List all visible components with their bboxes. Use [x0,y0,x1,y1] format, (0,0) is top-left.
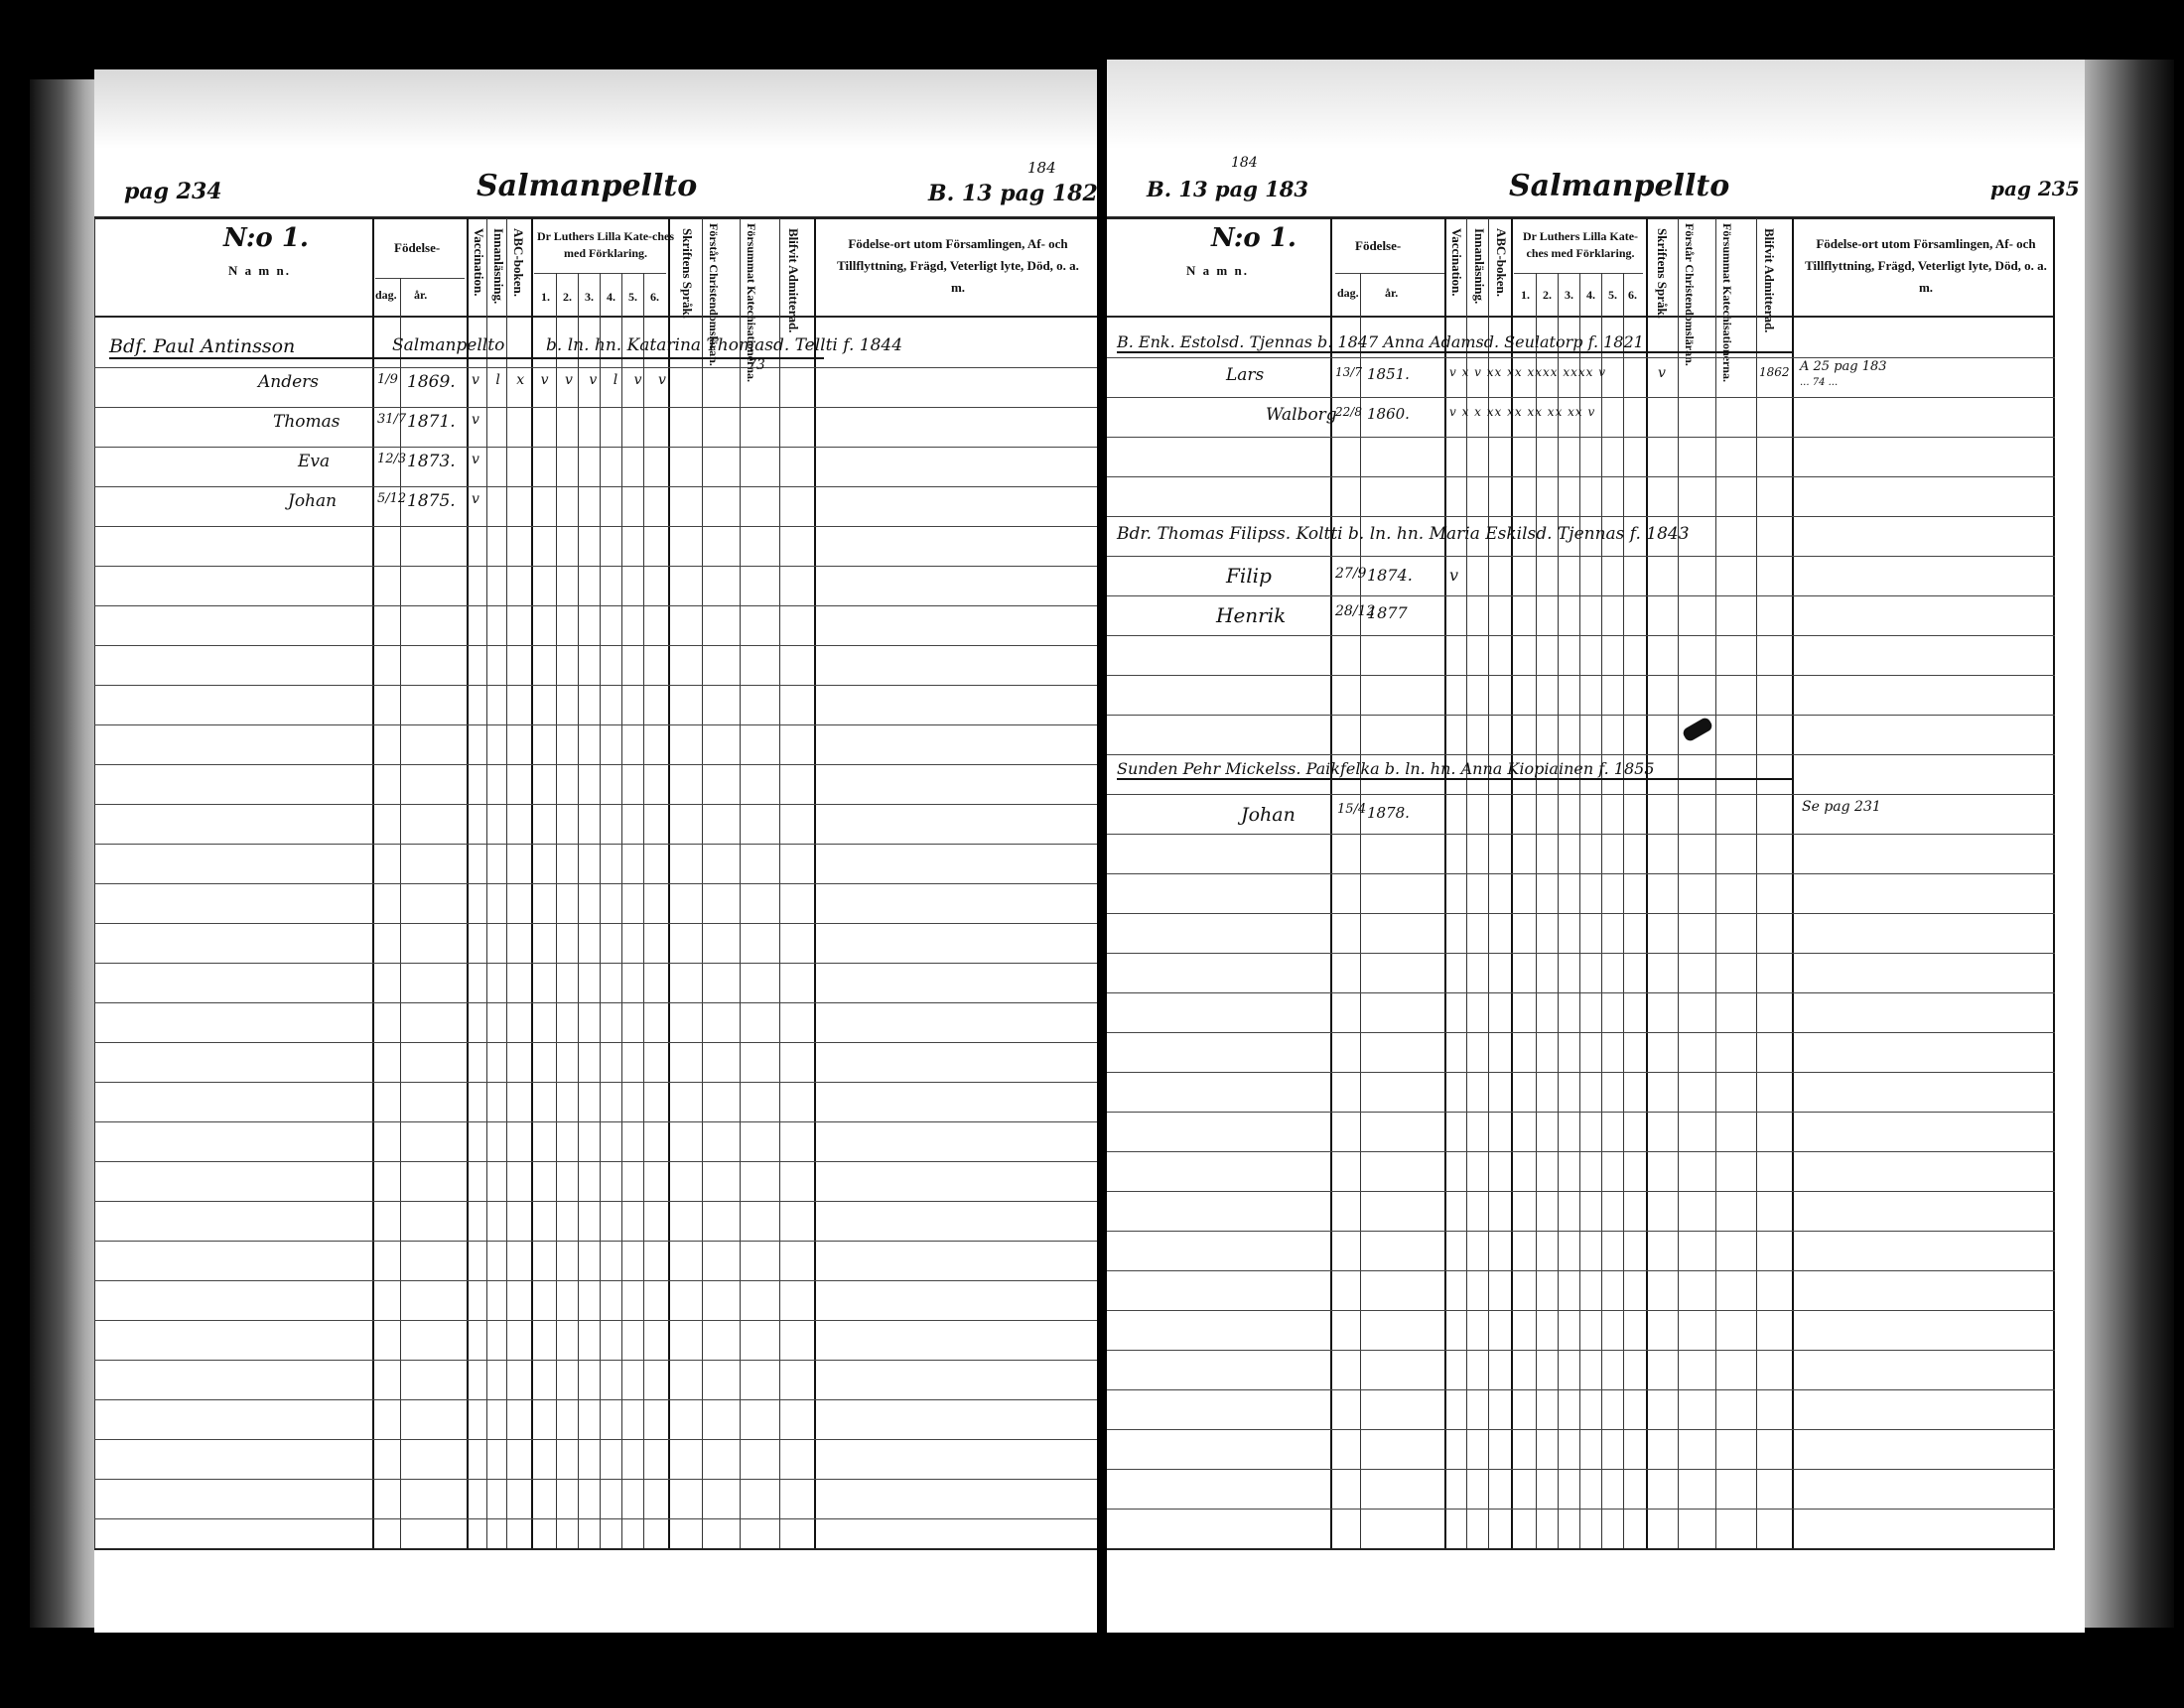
member-year: 1878. [1367,804,1410,822]
birth-day-label: dag. [1337,286,1359,301]
number-label: N:o 1. [1211,223,1297,253]
forsummat-header: Försummat Katechisationerna. [745,223,758,313]
member-year: 1869. [407,372,456,392]
col-line [643,273,644,1548]
col-line [400,278,401,1548]
remarks-header: Födelse-ort utom Församlingen, Af- och T… [829,233,1087,299]
member-marks: v x v xx xx xxxx xxxx v [1449,365,1606,379]
catechism-part-4: 4. [607,290,615,305]
col-line [1536,273,1537,1548]
household-place: Salmanpellto [392,335,504,355]
right-page: B. 13 pag 183 184 Salmanpellto pag 235 N… [1107,60,2085,1633]
catechism-part-2: 2. [563,290,572,305]
member-day: 1/9 [377,372,398,387]
member-day: 13/7 [1335,365,1362,379]
catechism-part-3: 3. [1565,288,1573,303]
member-marks: v [1449,566,1458,585]
member-name: Walborg [1266,405,1337,425]
col-line [556,273,557,1548]
member-name: Eva [298,452,330,471]
member-admit: 1862 [1759,365,1790,379]
col-line [2053,218,2055,1548]
abc-boken-header: ABC-boken. [1494,228,1508,313]
household-spouse: b. ln. hn. Katarina Thomasd. Tellti f. 1… [546,335,902,355]
vaccination-header: Vaccination. [1449,228,1463,313]
forsummat-header: Försummat Katechisationerna. [1720,223,1734,313]
book-gutter [1097,60,1107,1638]
page-ref-right: pag 235 [1990,177,2080,200]
member-year: 1860. [1367,405,1410,423]
col-line [1623,273,1624,1548]
member-day: 27/9 [1335,566,1366,582]
birth-label: Födelse- [1355,238,1401,254]
number-label: N:o 1. [223,223,309,253]
member-name: Henrik [1216,603,1286,627]
col-line [600,273,601,1548]
household-line: Bdr. Thomas Filipss. Koltti b. ln. hn. M… [1117,524,1690,544]
member-name: Johan [288,491,337,511]
member-day: 22/8 [1335,405,1362,419]
col-line [1444,218,1446,1548]
cross-ref-small-right: 184 [1231,155,1258,171]
col-line [1792,218,1794,1548]
member-name: Filip [1226,564,1272,588]
header-bottom-rule [1107,316,2055,318]
member-note: 73 [748,357,765,373]
remarks-header: Födelse-ort utom Församlingen, Af- och T… [1802,233,2050,299]
catechism-part-4: 4. [1586,288,1595,303]
header-top-rule [94,216,1097,219]
catechism-part-3: 3. [585,290,594,305]
col-line [578,273,579,1548]
birth-subrule [375,278,465,279]
cross-ref-small-left: 184 [1027,159,1056,177]
catechism-part-1: 1. [1521,288,1530,303]
admitterad-header: Blifvit Admitterad. [786,228,800,313]
col-line [1579,273,1580,1548]
member-year: 1851. [1367,365,1410,383]
member-marks: v [472,491,479,507]
village-title-right: Salmanpellto [1509,169,1729,203]
member-year: 1871. [407,412,456,432]
member-name: Anders [258,372,319,392]
left-page: pag 234 Salmanpellto 184 B. 13 pag 182 N… [94,69,1102,1633]
member-marks: v [472,452,479,467]
member-day: 12/3 [377,452,406,466]
admitterad-header: Blifvit Admitterad. [1762,228,1776,313]
forstar-header: Förstår Christendomsläran. [707,223,721,313]
col-line [1715,218,1716,1548]
col-line [1756,218,1757,1548]
birth-day-label: dag. [375,288,397,303]
innanlasning-header: Innanläsning. [1472,228,1486,313]
member-marks: v [472,412,479,428]
name-label: N a m n. [1186,263,1249,279]
catechism-part-5: 5. [1608,288,1617,303]
header-bottom-rule [94,316,1097,318]
catechism-part-6: 6. [1628,288,1637,303]
birth-year-label: år. [1385,286,1398,301]
member-mark: v [1658,365,1666,381]
abc-boken-header: ABC-boken. [511,228,525,313]
member-remarks: Se pag 231 [1802,799,1881,815]
member-marks: v l x v v v l v v [472,372,672,388]
header-top-rule [1107,216,2055,219]
member-year: 1875. [407,491,456,511]
catechism-part-6: 6. [650,290,659,305]
catechism-part-2: 2. [1543,288,1552,303]
catechism-part-5: 5. [628,290,637,305]
birth-label: Födelse- [394,240,440,256]
member-year: 1874. [1367,566,1413,585]
member-year: 1873. [407,452,456,471]
member-remarks: A 25 pag 183 [1800,359,1887,374]
village-title-left: Salmanpellto [477,169,697,203]
col-line [1360,273,1361,1548]
innanlasning-header: Innanläsning. [491,228,505,313]
cross-ref-right: B. 13 pag 183 [1147,177,1308,201]
skriftens-sprak-header: Skriftens Språk. [1655,228,1669,313]
col-line [621,273,622,1548]
col-line [1558,273,1559,1548]
household-line: Sunden Pehr Mickelss. Paikfelka b. ln. h… [1117,759,1792,780]
page-ref-left: pag 234 [124,179,222,204]
name-label: N a m n. [228,263,291,279]
member-marks: v x x xx xx xx xx xx v [1449,405,1595,419]
member-day: 15/4 [1337,802,1366,817]
household-line: B. Enk. Estolsd. Tjennas b. 1847 Anna Ad… [1117,332,1792,353]
member-name: Thomas [273,412,341,432]
member-day: 31/7 [377,412,406,427]
vaccination-header: Vaccination. [472,228,485,313]
member-name: Lars [1226,365,1264,385]
birth-year-label: år. [414,288,427,303]
col-line [1678,218,1679,1548]
catechism-header: Dr Luthers Lilla Kate-ches med Förklarin… [1516,228,1645,262]
birth-subrule [1335,273,1444,274]
cross-ref-left: B. 13 pag 182 [928,181,1098,206]
ink-blot [1682,716,1714,742]
col-line [1601,273,1602,1548]
member-year: 1877 [1367,603,1408,622]
forstar-header: Förstår Christendomsläran. [1683,223,1697,313]
member-day: 5/12 [377,491,406,506]
col-line [1646,218,1648,1548]
skriftens-sprak-header: Skriftens Språk. [680,228,694,313]
member-remarks-2: ... 74 ... [1800,377,1838,388]
member-name: Johan [1241,804,1296,826]
catechism-header: Dr Luthers Lilla Kate-ches med Förklarin… [536,228,675,262]
catechism-part-1: 1. [541,290,550,305]
